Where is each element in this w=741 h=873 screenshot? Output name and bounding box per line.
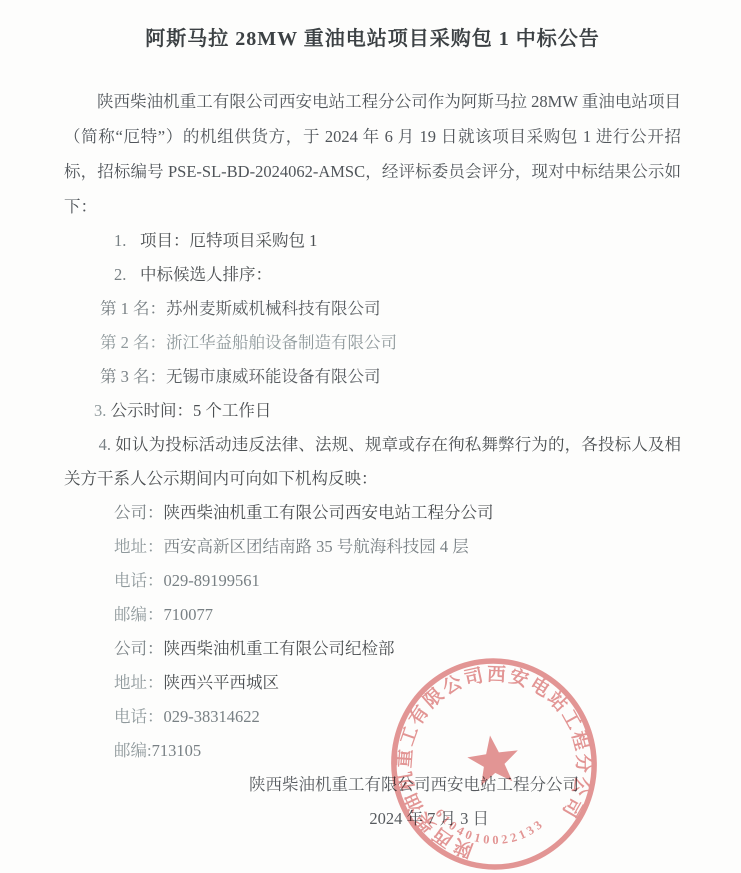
contact1-phone-label: 电话：: [114, 571, 164, 590]
list-item-1: 1.项目：厄特项目采购包 1: [64, 224, 681, 258]
contact1-address-line: 地址：西安高新区团结南路 35 号航海科技园 4 层: [64, 530, 681, 564]
contact1-phone-line: 电话：029-89199561: [64, 564, 681, 598]
list-item-4-text: 如认为投标活动违反法律、法规、规章或存在徇私舞弊行为的，各投标人及相关方干系人公…: [64, 435, 681, 488]
date-line: 2024 年 7 月 3 日: [64, 802, 681, 836]
document-content: 阿斯马拉 28MW 重油电站项目采购包 1 中标公告 陕西柴油机重工有限公司西安…: [0, 0, 741, 836]
contact1-company-label: 公司：: [114, 503, 164, 522]
candidate-row-2: 第 2 名：浙江华益船舶设备制造有限公司: [64, 326, 681, 360]
list-item-3: 3. 公示时间：5 个工作日: [64, 394, 681, 428]
contact1-postcode-label: 邮编：: [114, 605, 164, 624]
contact1-address-value: 西安高新区团结南路 35 号航海科技园 4 层: [164, 537, 469, 556]
candidate-1-rank: 第 1 名：: [100, 299, 166, 318]
list-item-2-number: 2.: [114, 258, 140, 292]
candidate-2-rank: 第 2 名：: [100, 333, 166, 352]
contact2-postcode-value: 713105: [152, 741, 202, 760]
list-item-3-number: 3.: [94, 401, 106, 420]
contact1-postcode-value: 710077: [164, 605, 214, 624]
contact1-postcode-line: 邮编：710077: [64, 598, 681, 632]
contact1-company-value: 陕西柴油机重工有限公司西安电站工程分公司: [164, 503, 494, 522]
list-item-1-number: 1.: [114, 224, 140, 258]
candidate-2-name: 浙江华益船舶设备制造有限公司: [166, 333, 397, 352]
candidate-1-name: 苏州麦斯威机械科技有限公司: [166, 299, 381, 318]
list-item-4: 4. 如认为投标活动违反法律、法规、规章或存在徇私舞弊行为的，各投标人及相关方干…: [64, 428, 681, 496]
contact2-address-label: 地址：: [114, 673, 164, 692]
contact2-address-line: 地址：陕西兴平西城区: [64, 666, 681, 700]
contact2-company-line: 公司：陕西柴油机重工有限公司纪检部: [64, 632, 681, 666]
intro-paragraph: 陕西柴油机重工有限公司西安电站工程分公司作为阿斯马拉 28MW 重油电站项目（简…: [64, 84, 681, 224]
list-item-2-text: 中标候选人排序：: [140, 265, 272, 284]
list-item-1-text: 项目：厄特项目采购包 1: [140, 231, 317, 250]
contact2-phone-label: 电话：: [114, 707, 164, 726]
candidate-3-name: 无锡市康威环能设备有限公司: [166, 367, 381, 386]
list-item-2: 2.中标候选人排序：: [64, 258, 681, 292]
contact2-phone-value: 029-38314622: [164, 707, 260, 726]
contact2-postcode-label: 邮编:: [114, 741, 152, 760]
contact2-phone-line: 电话：029-38314622: [64, 700, 681, 734]
contact2-company-value: 陕西柴油机重工有限公司纪检部: [164, 639, 395, 658]
candidate-row-3: 第 3 名：无锡市康威环能设备有限公司: [64, 360, 681, 394]
contact1-company-line: 公司：陕西柴油机重工有限公司西安电站工程分公司: [64, 496, 681, 530]
contact1-address-label: 地址：: [114, 537, 164, 556]
signature-line: 陕西柴油机重工有限公司西安电站工程分公司: [64, 768, 681, 802]
page-title: 阿斯马拉 28MW 重油电站项目采购包 1 中标公告: [64, 26, 681, 52]
candidate-row-1: 第 1 名：苏州麦斯威机械科技有限公司: [64, 292, 681, 326]
list-item-3-text: 公示时间：5 个工作日: [111, 401, 272, 420]
contact2-company-label: 公司：: [114, 639, 164, 658]
scanned-document-page: 阿斯马拉 28MW 重油电站项目采购包 1 中标公告 陕西柴油机重工有限公司西安…: [0, 0, 741, 873]
contact2-address-value: 陕西兴平西城区: [164, 673, 280, 692]
list-item-4-number: 4.: [99, 435, 111, 454]
candidate-3-rank: 第 3 名：: [100, 367, 166, 386]
contact1-phone-value: 029-89199561: [164, 571, 260, 590]
contact2-postcode-line: 邮编:713105: [64, 734, 681, 768]
